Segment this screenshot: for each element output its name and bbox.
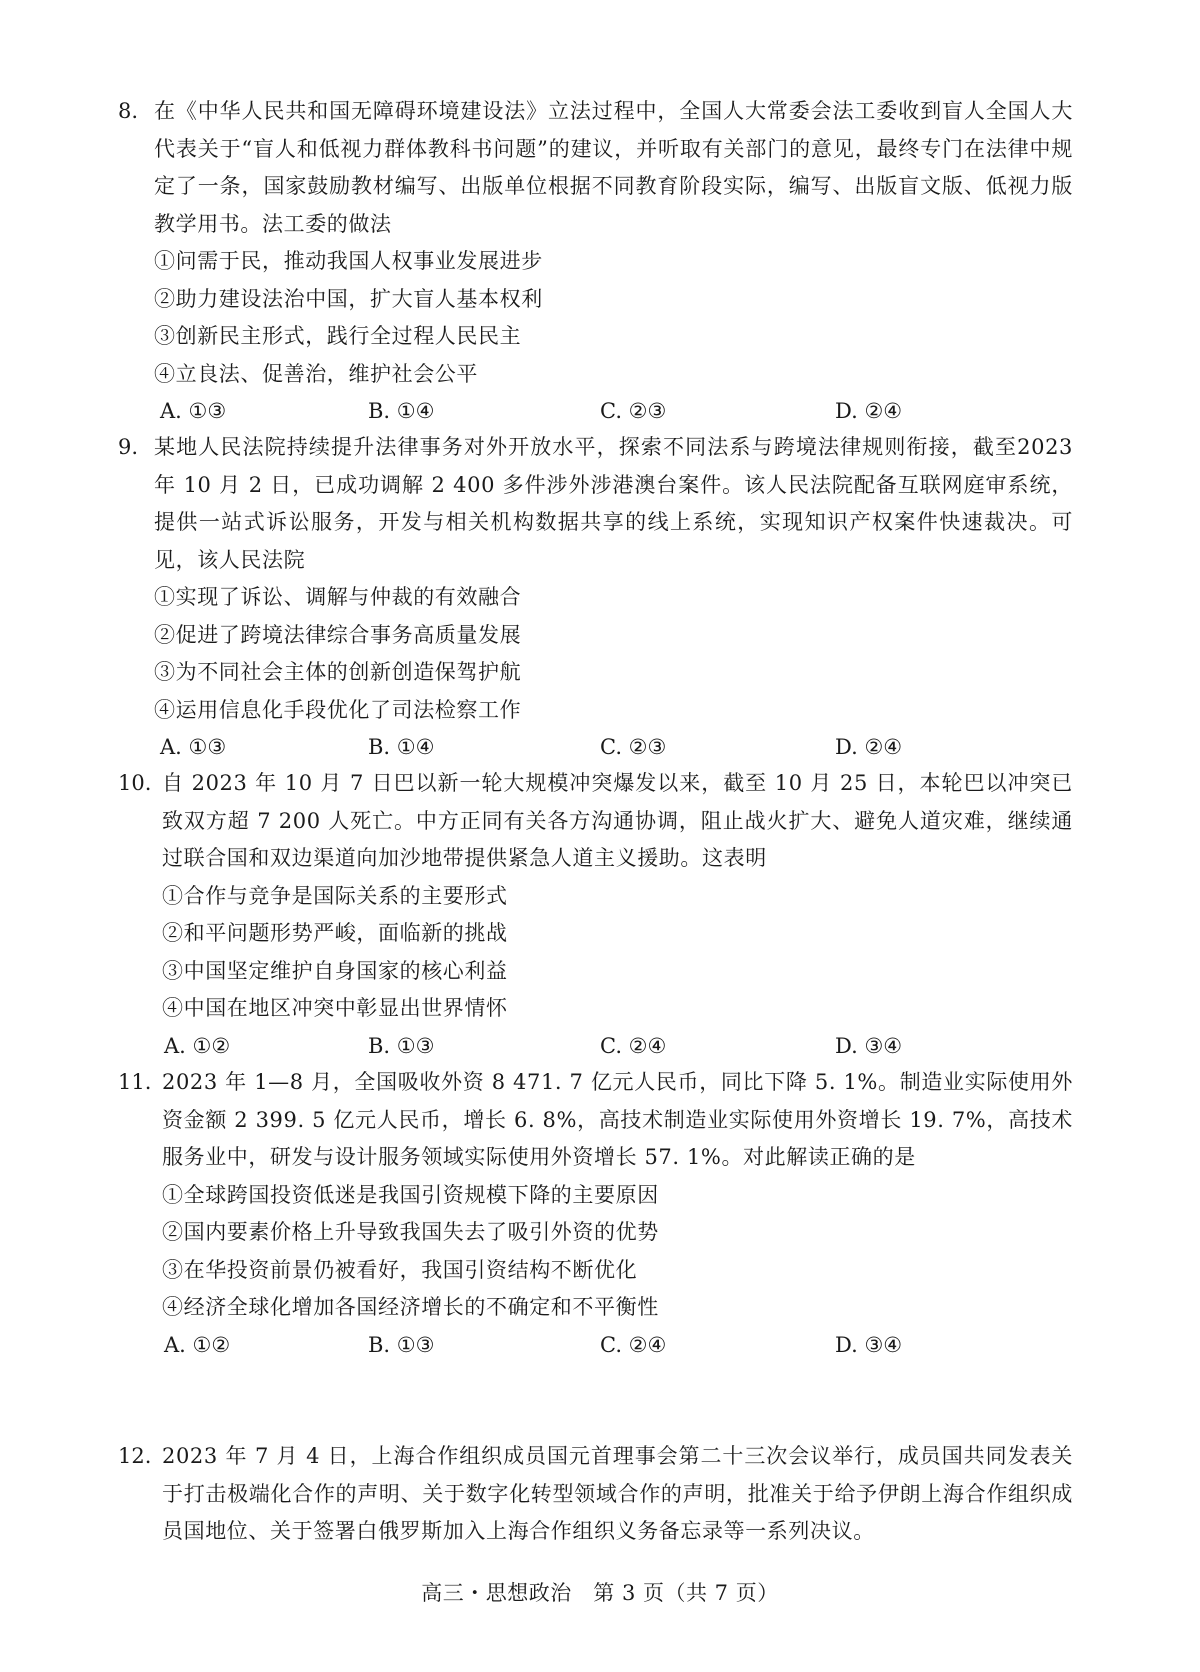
answer-options: A. ①② B. ①③ C. ②④ D. ③④: [154, 1327, 1073, 1365]
question-number: 10.: [118, 765, 151, 803]
option-b[interactable]: B. ①③: [368, 1327, 434, 1365]
statement-3: ③在华投资前景仍被看好，我国引资结构不断优化: [162, 1252, 1073, 1290]
question-stem: 2023 年 1—8 月，全国吸收外资 8 471. 7 亿元人民币，同比下降 …: [162, 1064, 1073, 1177]
question-stem: 自 2023 年 10 月 7 日巴以新一轮大规模冲突爆发以来，截至 10 月 …: [162, 765, 1073, 878]
answer-options: A. ①③ B. ①④ C. ②③ D. ②④: [154, 729, 1073, 767]
option-d[interactable]: D. ②④: [835, 729, 902, 767]
option-c[interactable]: C. ②③: [600, 393, 666, 431]
statement-3: ③为不同社会主体的创新创造保驾护航: [154, 654, 1073, 692]
question-10: 10. 自 2023 年 10 月 7 日巴以新一轮大规模冲突爆发以来，截至 1…: [118, 765, 1073, 1065]
option-a[interactable]: A. ①②: [164, 1327, 230, 1365]
statement-1: ①问需于民，推动我国人权事业发展进步: [154, 243, 1073, 281]
question-12: 12. 2023 年 7 月 4 日，上海合作组织成员国元首理事会第二十三次会议…: [118, 1438, 1073, 1551]
question-number: 9.: [118, 429, 138, 467]
statement-1: ①实现了诉讼、调解与仲裁的有效融合: [154, 579, 1073, 617]
statement-4: ④中国在地区冲突中彰显出世界情怀: [162, 990, 1073, 1028]
statement-4: ④运用信息化手段优化了司法检察工作: [154, 692, 1073, 730]
statement-4: ④立良法、促善治，维护社会公平: [154, 356, 1073, 394]
question-stem: 某地人民法院持续提升法律事务对外开放水平，探索不同法系与跨境法律规则衔接，截至2…: [154, 429, 1073, 579]
statement-1: ①合作与竞争是国际关系的主要形式: [162, 878, 1073, 916]
option-a[interactable]: A. ①③: [160, 393, 226, 431]
statement-1: ①全球跨国投资低迷是我国引资规模下降的主要原因: [162, 1177, 1073, 1215]
question-number: 11.: [118, 1064, 151, 1102]
page-footer: 高三・思想政治 第 3 页（共 7 页）: [0, 1578, 1200, 1608]
option-c[interactable]: C. ②④: [600, 1028, 666, 1066]
option-d[interactable]: D. ③④: [835, 1327, 902, 1365]
answer-options: A. ①③ B. ①④ C. ②③ D. ②④: [154, 393, 1073, 431]
option-a[interactable]: A. ①②: [164, 1028, 230, 1066]
question-8: 8. 在《中华人民共和国无障碍环境建设法》立法过程中，全国人大常委会法工委收到盲…: [118, 93, 1073, 431]
statement-2: ②促进了跨境法律综合事务高质量发展: [154, 617, 1073, 655]
statement-3: ③创新民主形式，践行全过程人民民主: [154, 318, 1073, 356]
option-c[interactable]: C. ②④: [600, 1327, 666, 1365]
option-d[interactable]: D. ②④: [835, 393, 902, 431]
option-b[interactable]: B. ①③: [368, 1028, 434, 1066]
statement-3: ③中国坚定维护自身国家的核心利益: [162, 953, 1073, 991]
question-11: 11. 2023 年 1—8 月，全国吸收外资 8 471. 7 亿元人民币，同…: [118, 1064, 1073, 1364]
question-number: 8.: [118, 93, 138, 131]
option-c[interactable]: C. ②③: [600, 729, 666, 767]
option-b[interactable]: B. ①④: [368, 393, 434, 431]
option-d[interactable]: D. ③④: [835, 1028, 902, 1066]
option-a[interactable]: A. ①③: [160, 729, 226, 767]
answer-options: A. ①② B. ①③ C. ②④ D. ③④: [154, 1028, 1073, 1066]
statement-2: ②和平问题形势严峻，面临新的挑战: [162, 915, 1073, 953]
question-stem: 2023 年 7 月 4 日，上海合作组织成员国元首理事会第二十三次会议举行，成…: [162, 1438, 1073, 1551]
question-stem: 在《中华人民共和国无障碍环境建设法》立法过程中，全国人大常委会法工委收到盲人全国…: [154, 93, 1073, 243]
question-9: 9. 某地人民法院持续提升法律事务对外开放水平，探索不同法系与跨境法律规则衔接，…: [118, 429, 1073, 767]
option-b[interactable]: B. ①④: [368, 729, 434, 767]
exam-page: 8. 在《中华人民共和国无障碍环境建设法》立法过程中，全国人大常委会法工委收到盲…: [0, 0, 1200, 1672]
statement-2: ②助力建设法治中国，扩大盲人基本权利: [154, 281, 1073, 319]
statement-2: ②国内要素价格上升导致我国失去了吸引外资的优势: [162, 1214, 1073, 1252]
question-number: 12.: [118, 1438, 151, 1476]
statement-4: ④经济全球化增加各国经济增长的不确定和不平衡性: [162, 1289, 1073, 1327]
